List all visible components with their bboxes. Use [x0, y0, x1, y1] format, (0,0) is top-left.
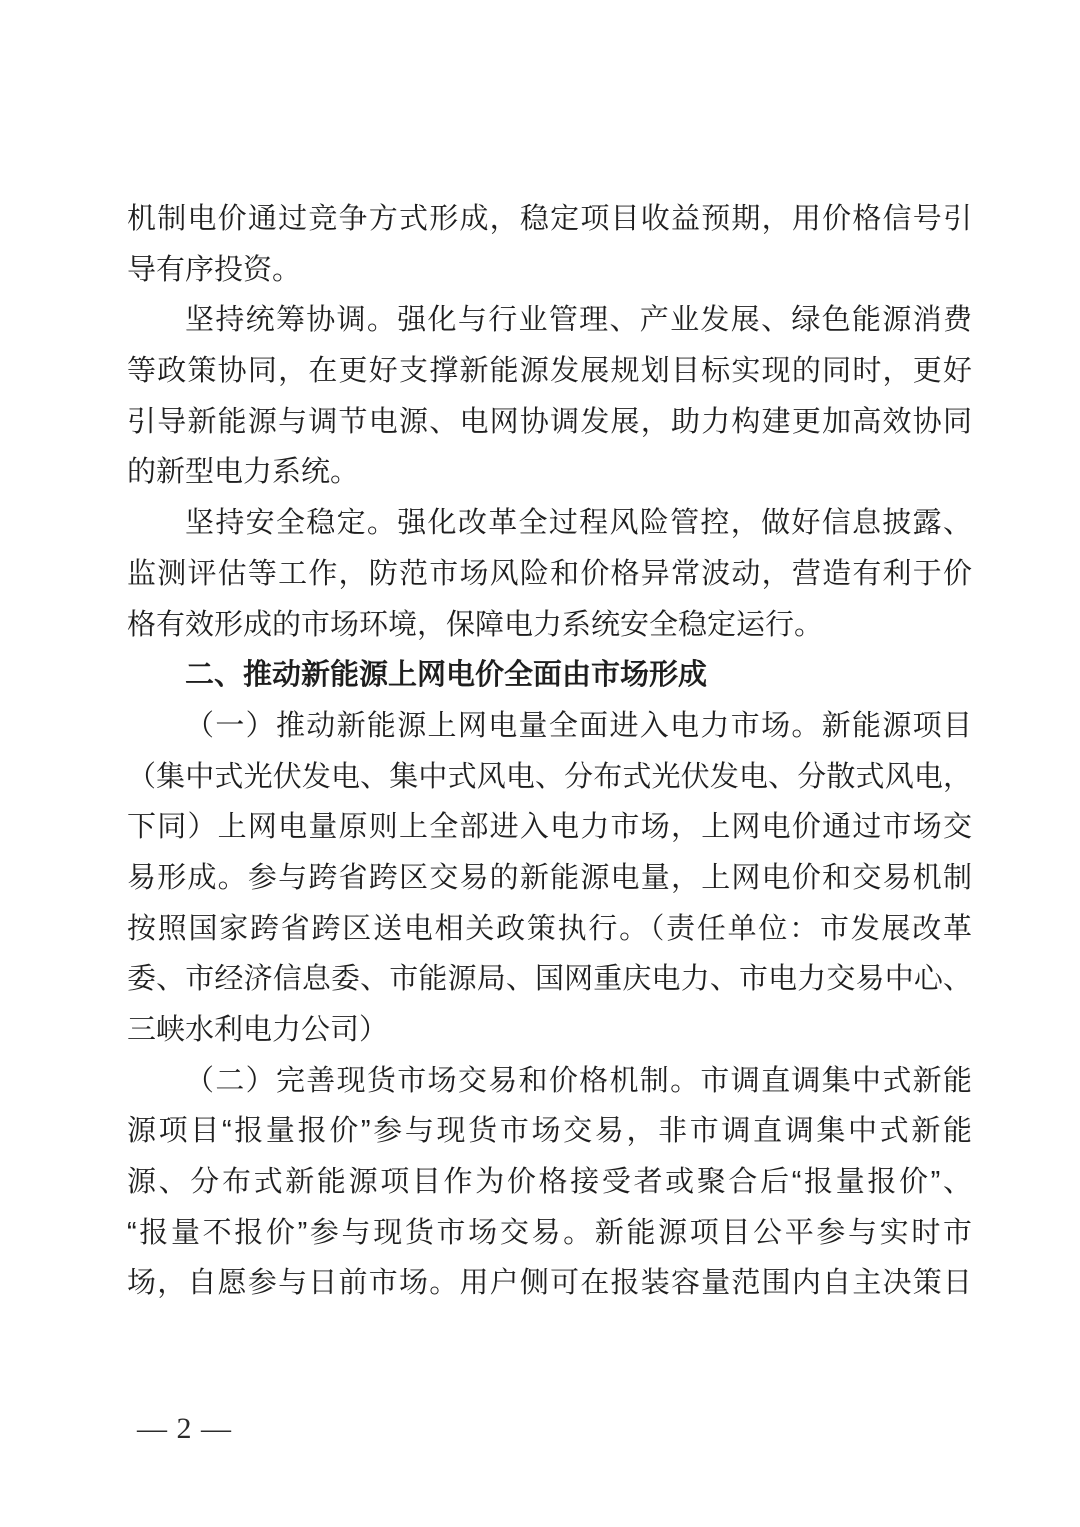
body-line: 坚持安全稳定。强化改革全过程风险管控，做好信息披露、: [127, 498, 972, 549]
body-line: 的新型电力系统。: [127, 447, 972, 498]
document-body: 机制电价通过竞争方式形成，稳定项目收益预期，用价格信号引 导有序投资。 坚持统筹…: [127, 194, 972, 1309]
body-line: 引导新能源与调节电源、电网协调发展，助力构建更加高效协同: [127, 397, 972, 448]
body-line: 坚持统筹协调。强化与行业管理、产业发展、绿色能源消费: [127, 295, 972, 346]
body-line: 机制电价通过竞争方式形成，稳定项目收益预期，用价格信号引: [127, 194, 972, 245]
document-page: 机制电价通过竞争方式形成，稳定项目收益预期，用价格信号引 导有序投资。 坚持统筹…: [0, 0, 1080, 1527]
body-line: 等政策协同，在更好支撑新能源发展规划目标实现的同时，更好: [127, 346, 972, 397]
page-number: — 2 —: [137, 1412, 232, 1446]
body-line: 导有序投资。: [127, 245, 972, 296]
body-line: 三峡水利电力公司）: [127, 1005, 972, 1056]
body-line: 委、市经济信息委、市能源局、国网重庆电力、市电力交易中心、: [127, 954, 972, 1005]
body-line: （集中式光伏发电、集中式风电、分布式光伏发电、分散式风电，: [127, 752, 972, 803]
body-line: （一）推动新能源上网电量全面进入电力市场。新能源项目: [127, 701, 972, 752]
body-line: （二）完善现货市场交易和价格机制。市调直调集中式新能: [127, 1056, 972, 1107]
body-line: 场，自愿参与日前市场。用户侧可在报装容量范围内自主决策日: [127, 1258, 972, 1309]
body-line: 易形成。参与跨省跨区交易的新能源电量，上网电价和交易机制: [127, 853, 972, 904]
body-line: 源项目“报量报价”参与现货市场交易，非市调直调集中式新能: [127, 1106, 972, 1157]
body-line: 监测评估等工作，防范市场风险和价格异常波动，营造有利于价: [127, 549, 972, 600]
section-2-heading: 二、推动新能源上网电价全面由市场形成: [127, 650, 972, 701]
body-line: 下同）上网电量原则上全部进入电力市场，上网电价通过市场交: [127, 802, 972, 853]
body-line: 源、分布式新能源项目作为价格接受者或聚合后“报量报价”、: [127, 1157, 972, 1208]
body-line: “报量不报价”参与现货市场交易。新能源项目公平参与实时市: [127, 1208, 972, 1259]
body-line: 格有效形成的市场环境，保障电力系统安全稳定运行。: [127, 600, 972, 651]
body-line: 按照国家跨省跨区送电相关政策执行。（责任单位：市发展改革: [127, 904, 972, 955]
